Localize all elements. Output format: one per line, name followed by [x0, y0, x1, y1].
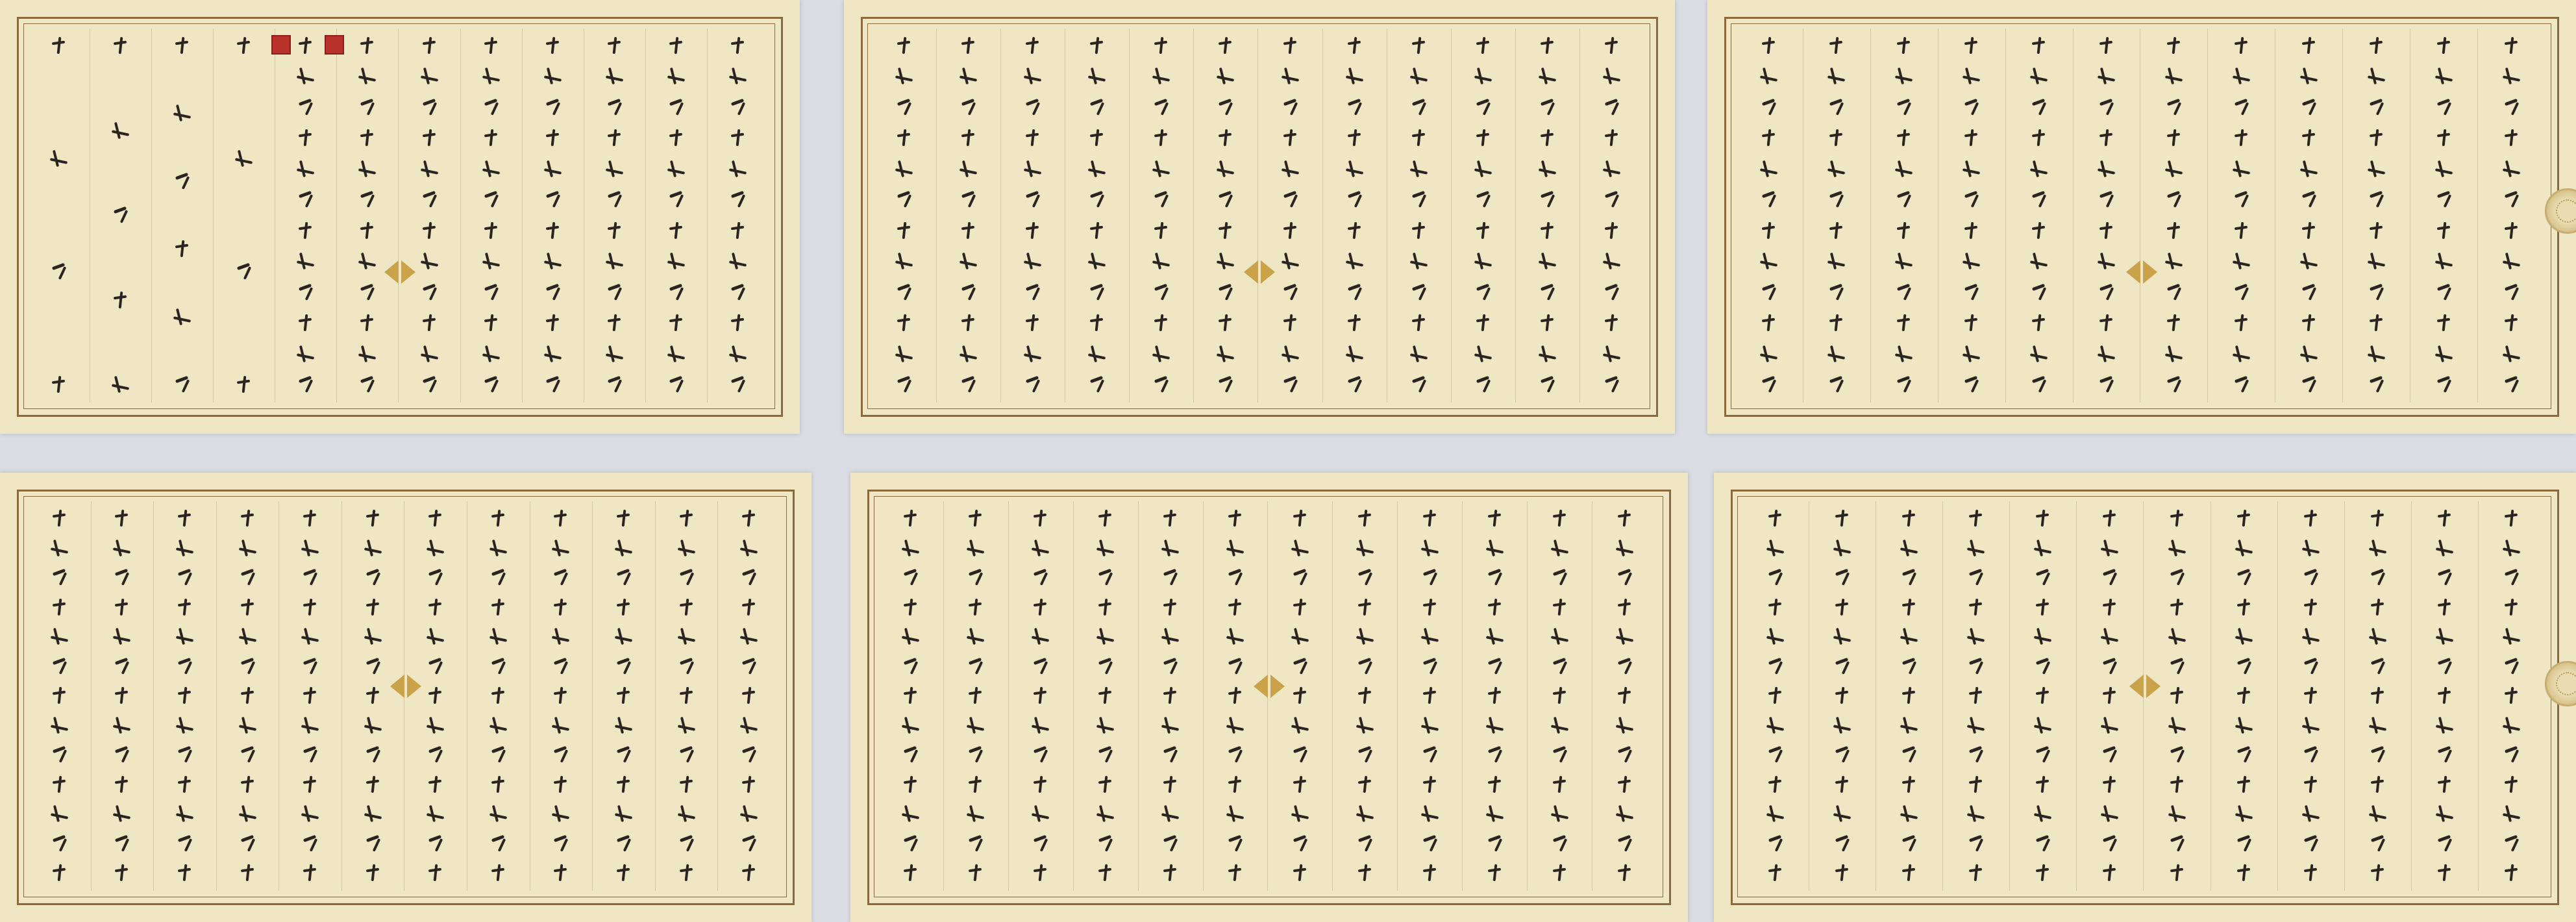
calligraphy-character: [2434, 833, 2456, 855]
red-seal-stamp: [271, 35, 291, 55]
calligraphy-column: [1193, 29, 1257, 403]
calligraphy-character: [965, 626, 987, 648]
calligraphy-character: [900, 567, 922, 589]
calligraphy-character: [1537, 127, 1559, 149]
calligraphy-character: [425, 508, 447, 530]
calligraphy-character: [1549, 803, 1571, 825]
calligraphy-character: [111, 774, 133, 796]
calligraphy-character: [1537, 220, 1559, 242]
calligraphy-character: [613, 715, 635, 737]
calligraphy-character: [1086, 251, 1108, 273]
calligraphy-character: [419, 282, 441, 304]
calligraphy-character: [1549, 508, 1571, 530]
calligraphy-character: [1549, 833, 1571, 855]
calligraphy-character: [1408, 312, 1430, 334]
calligraphy-character: [550, 597, 572, 619]
calligraphy-character: [1419, 862, 1441, 884]
calligraphy-character: [111, 685, 133, 707]
calligraphy-character: [2501, 567, 2523, 589]
calligraphy-column: [1008, 501, 1073, 891]
calligraphy-character: [1537, 35, 1559, 57]
fold-marker-icon: [1261, 260, 1275, 284]
calligraphy-character: [425, 656, 447, 678]
calligraphy-character: [1831, 567, 1853, 589]
calligraphy-character: [1614, 803, 1636, 825]
calligraphy-character: [2231, 282, 2253, 304]
calligraphy-character: [1086, 374, 1108, 396]
calligraphy-column: [522, 29, 584, 403]
calligraphy-character: [419, 189, 441, 211]
calligraphy-character: [2028, 158, 2050, 181]
calligraphy-character: [299, 774, 321, 796]
calligraphy-character: [171, 306, 193, 329]
calligraphy-character: [1893, 158, 1915, 181]
calligraphy-character: [1549, 626, 1571, 648]
calligraphy-character: [1354, 656, 1376, 678]
calligraphy-character: [1601, 158, 1623, 181]
calligraphy-character: [1484, 803, 1506, 825]
calligraphy-character: [49, 567, 71, 589]
calligraphy-character: [1289, 656, 1311, 678]
calligraphy-column: [1462, 501, 1527, 891]
calligraphy-column: [1065, 29, 1129, 403]
calligraphy-column: [530, 501, 593, 891]
calligraphy-character: [1344, 220, 1366, 242]
calligraphy-character: [1898, 774, 1920, 796]
calligraphy-character: [958, 251, 980, 273]
calligraphy-character: [1961, 97, 1983, 119]
calligraphy-character: [2233, 715, 2255, 737]
calligraphy-column: [717, 501, 780, 891]
calligraphy-character: [419, 158, 441, 181]
calligraphy-character: [1893, 251, 1915, 273]
calligraphy-character: [1614, 685, 1636, 707]
calligraphy-character: [1831, 685, 1853, 707]
calligraphy-character: [425, 833, 447, 855]
calligraphy-character: [1289, 597, 1311, 619]
calligraphy-character: [2298, 97, 2320, 119]
calligraphy-character: [1419, 715, 1441, 737]
calligraphy-character: [550, 833, 572, 855]
calligraphy-character: [49, 685, 71, 707]
calligraphy-character: [1601, 282, 1623, 304]
calligraphy-column: [2477, 29, 2545, 403]
calligraphy-character: [419, 35, 441, 57]
calligraphy-character: [2231, 158, 2253, 181]
calligraphy-character: [1215, 251, 1237, 273]
calligraphy-character: [488, 538, 510, 560]
calligraphy-character: [965, 803, 987, 825]
calligraphy-character: [425, 715, 447, 737]
calligraphy-character: [1150, 312, 1172, 334]
calligraphy-character: [233, 261, 255, 283]
calligraphy-character: [174, 656, 196, 678]
calligraphy-character: [295, 35, 317, 57]
calligraphy-character: [299, 744, 321, 766]
calligraphy-character: [2300, 626, 2322, 648]
calligraphy-character: [727, 312, 749, 334]
calligraphy-character: [2099, 626, 2121, 648]
calligraphy-character: [1601, 220, 1623, 242]
calligraphy-character: [1086, 312, 1108, 334]
calligraphy-character: [900, 833, 922, 855]
calligraphy-character: [1280, 282, 1302, 304]
calligraphy-character: [2367, 715, 2389, 737]
calligraphy-character: [2028, 282, 2050, 304]
calligraphy-character: [1765, 597, 1787, 619]
calligraphy-character: [1758, 127, 1780, 149]
calligraphy-column: [2344, 501, 2411, 891]
calligraphy-character: [174, 862, 196, 884]
calligraphy-character: [550, 538, 572, 560]
calligraphy-character: [2366, 312, 2388, 334]
calligraphy-character: [1344, 282, 1366, 304]
calligraphy-character: [2300, 862, 2322, 884]
calligraphy-character: [2028, 35, 2050, 57]
text-columns: [1742, 501, 2545, 891]
calligraphy-character: [958, 97, 980, 119]
calligraphy-character: [2032, 656, 2054, 678]
calligraphy-column: [1332, 501, 1397, 891]
calligraphy-character: [1484, 567, 1506, 589]
calligraphy-character: [613, 626, 635, 648]
calligraphy-character: [1831, 656, 1853, 678]
calligraphy-character: [362, 715, 384, 737]
calligraphy-character: [174, 538, 196, 560]
calligraphy-character: [1472, 220, 1494, 242]
calligraphy-character: [2231, 189, 2253, 211]
calligraphy-character: [2233, 774, 2255, 796]
calligraphy-character: [1408, 35, 1430, 57]
text-columns: [29, 501, 780, 891]
calligraphy-character: [2434, 744, 2456, 766]
calligraphy-character: [738, 833, 760, 855]
calligraphy-character: [2434, 774, 2456, 796]
calligraphy-character: [1408, 251, 1430, 273]
calligraphy-column: [655, 501, 718, 891]
calligraphy-character: [174, 744, 196, 766]
calligraphy-character: [419, 343, 441, 366]
calligraphy-character: [1344, 374, 1366, 396]
calligraphy-character: [1224, 538, 1246, 560]
text-columns: [879, 501, 1657, 891]
calligraphy-character: [1419, 803, 1441, 825]
calligraphy-character: [613, 508, 635, 530]
calligraphy-character: [1419, 833, 1441, 855]
calligraphy-character: [2096, 127, 2118, 149]
calligraphy-character: [550, 715, 572, 737]
calligraphy-character: [488, 715, 510, 737]
calligraphy-character: [356, 343, 378, 366]
calligraphy-character: [237, 803, 259, 825]
calligraphy-character: [2433, 127, 2455, 149]
calligraphy-character: [1280, 189, 1302, 211]
calligraphy-character: [1472, 251, 1494, 273]
calligraphy-character: [1095, 508, 1117, 530]
calligraphy-character: [1159, 656, 1182, 678]
calligraphy-character: [362, 538, 384, 560]
calligraphy-character: [174, 833, 196, 855]
calligraphy-character: [2367, 833, 2389, 855]
calligraphy-character: [2433, 343, 2455, 366]
calligraphy-character: [295, 374, 317, 396]
calligraphy-character: [1354, 803, 1376, 825]
calligraphy-character: [2096, 220, 2118, 242]
calligraphy-character: [356, 158, 378, 181]
calligraphy-character: [488, 508, 510, 530]
calligraphy-character: [1095, 685, 1117, 707]
calligraphy-character: [1095, 803, 1117, 825]
calligraphy-character: [1601, 374, 1623, 396]
calligraphy-character: [2028, 251, 2050, 273]
calligraphy-character: [1537, 374, 1559, 396]
calligraphy-character: [2434, 508, 2456, 530]
calligraphy-character: [171, 103, 193, 125]
calligraphy-character: [965, 538, 987, 560]
calligraphy-character: [49, 715, 71, 737]
calligraphy-character: [2099, 862, 2121, 884]
calligraphy-character: [49, 803, 71, 825]
calligraphy-character: [2099, 744, 2121, 766]
calligraphy-character: [1765, 774, 1787, 796]
calligraphy-character: [299, 803, 321, 825]
calligraphy-character: [965, 862, 987, 884]
calligraphy-character: [488, 744, 510, 766]
calligraphy-character: [2501, 774, 2523, 796]
calligraphy-character: [1086, 66, 1108, 88]
calligraphy-character: [299, 862, 321, 884]
calligraphy-character: [2233, 656, 2255, 678]
calligraphy-column: [2073, 29, 2140, 403]
calligraphy-character: [1354, 597, 1376, 619]
calligraphy-character: [2231, 343, 2253, 366]
calligraphy-character: [1484, 597, 1506, 619]
calligraphy-character: [425, 597, 447, 619]
calligraphy-character: [480, 189, 502, 211]
calligraphy-character: [295, 189, 317, 211]
calligraphy-character: [1215, 97, 1237, 119]
calligraphy-character: [2298, 158, 2320, 181]
calligraphy-character: [488, 567, 510, 589]
calligraphy-character: [1280, 158, 1302, 181]
calligraphy-character: [2166, 567, 2188, 589]
calligraphy-character: [1095, 626, 1117, 648]
calligraphy-character: [542, 127, 564, 149]
calligraphy-character: [550, 774, 572, 796]
calligraphy-character: [2501, 744, 2523, 766]
calligraphy-character: [676, 538, 698, 560]
calligraphy-character: [2501, 220, 2523, 242]
calligraphy-column: [275, 29, 336, 403]
calligraphy-character: [1280, 66, 1302, 88]
calligraphy-character: [550, 862, 572, 884]
calligraphy-character: [1289, 626, 1311, 648]
calligraphy-character: [111, 744, 133, 766]
calligraphy-character: [2434, 538, 2456, 560]
calligraphy-character: [49, 744, 71, 766]
calligraphy-character: [2096, 189, 2118, 211]
calligraphy-character: [676, 803, 698, 825]
calligraphy-character: [1030, 862, 1052, 884]
calligraphy-character: [1344, 343, 1366, 366]
calligraphy-character: [237, 862, 259, 884]
calligraphy-character: [488, 833, 510, 855]
calligraphy-character: [1150, 66, 1172, 88]
calligraphy-character: [1765, 626, 1787, 648]
calligraphy-column: [1322, 29, 1387, 403]
calligraphy-character: [900, 803, 922, 825]
calligraphy-character: [738, 656, 760, 678]
calligraphy-character: [1898, 744, 1920, 766]
calligraphy-character: [2434, 597, 2456, 619]
calligraphy-character: [965, 656, 987, 678]
calligraphy-character: [2166, 774, 2188, 796]
calligraphy-column: [1579, 29, 1644, 403]
calligraphy-character: [1159, 803, 1182, 825]
calligraphy-character: [488, 862, 510, 884]
calligraphy-character: [237, 685, 259, 707]
calligraphy-character: [665, 220, 687, 242]
fold-marker-icon: [1254, 675, 1268, 698]
calligraphy-character: [2233, 567, 2255, 589]
calligraphy-character: [1614, 862, 1636, 884]
calligraphy-character: [1765, 656, 1787, 678]
calligraphy-character: [727, 343, 749, 366]
calligraphy-character: [1354, 715, 1376, 737]
calligraphy-character: [613, 774, 635, 796]
calligraphy-character: [613, 803, 635, 825]
calligraphy-character: [2099, 803, 2121, 825]
calligraphy-character: [893, 97, 915, 119]
calligraphy-character: [1280, 374, 1302, 396]
calligraphy-character: [738, 685, 760, 707]
calligraphy-column: [1451, 29, 1515, 403]
calligraphy-character: [425, 744, 447, 766]
calligraphy-character: [604, 97, 626, 119]
calligraphy-column: [2478, 501, 2545, 891]
calligraphy-character: [480, 251, 502, 273]
calligraphy-character: [1965, 597, 1987, 619]
calligraphy-character: [237, 774, 259, 796]
calligraphy-character: [676, 626, 698, 648]
calligraphy-character: [542, 282, 564, 304]
calligraphy-character: [299, 567, 321, 589]
calligraphy-character: [900, 715, 922, 737]
calligraphy-character: [1826, 66, 1848, 88]
calligraphy-character: [2032, 744, 2054, 766]
fold-marker-icon: [1244, 260, 1258, 284]
calligraphy-column: [1129, 29, 1193, 403]
calligraphy-character: [49, 774, 71, 796]
calligraphy-character: [738, 774, 760, 796]
calligraphy-character: [676, 774, 698, 796]
calligraphy-character: [1159, 508, 1182, 530]
calligraphy-character: [958, 158, 980, 181]
calligraphy-character: [1354, 508, 1376, 530]
calligraphy-character: [2501, 127, 2523, 149]
calligraphy-character: [613, 744, 635, 766]
calligraphy-character: [1289, 685, 1311, 707]
calligraphy-character: [1758, 35, 1780, 57]
calligraphy-character: [1086, 35, 1108, 57]
calligraphy-character: [480, 66, 502, 88]
album-leaf-top-middle: [844, 0, 1675, 434]
calligraphy-character: [2099, 833, 2121, 855]
calligraphy-character: [1095, 656, 1117, 678]
calligraphy-character: [1549, 597, 1571, 619]
calligraphy-character: [738, 538, 760, 560]
calligraphy-character: [2367, 626, 2389, 648]
calligraphy-character: [1419, 685, 1441, 707]
calligraphy-character: [2028, 66, 2050, 88]
calligraphy-character: [900, 626, 922, 648]
calligraphy-character: [542, 158, 564, 181]
calligraphy-character: [676, 656, 698, 678]
calligraphy-character: [2501, 538, 2523, 560]
calligraphy-character: [1826, 343, 1848, 366]
calligraphy-character: [613, 685, 635, 707]
calligraphy-character: [676, 715, 698, 737]
calligraphy-character: [2300, 567, 2322, 589]
calligraphy-character: [2163, 251, 2185, 273]
calligraphy-character: [1280, 312, 1302, 334]
calligraphy-character: [1022, 127, 1044, 149]
calligraphy-character: [2501, 35, 2523, 57]
calligraphy-character: [1549, 715, 1571, 737]
calligraphy-character: [1601, 312, 1623, 334]
calligraphy-character: [356, 220, 378, 242]
calligraphy-character: [1289, 567, 1311, 589]
calligraphy-character: [2032, 538, 2054, 560]
calligraphy-character: [2366, 158, 2388, 181]
calligraphy-character: [480, 97, 502, 119]
calligraphy-character: [1150, 97, 1172, 119]
calligraphy-column: [1942, 501, 2009, 891]
calligraphy-character: [1961, 374, 1983, 396]
calligraphy-character: [48, 261, 70, 283]
calligraphy-character: [958, 343, 980, 366]
calligraphy-character: [237, 597, 259, 619]
calligraphy-character: [2501, 862, 2523, 884]
calligraphy-character: [1537, 158, 1559, 181]
calligraphy-character: [1614, 567, 1636, 589]
calligraphy-character: [1537, 189, 1559, 211]
calligraphy-character: [1549, 862, 1571, 884]
calligraphy-character: [2366, 374, 2388, 396]
calligraphy-character: [2298, 127, 2320, 149]
calligraphy-character: [2501, 343, 2523, 366]
calligraphy-character: [110, 290, 132, 312]
calligraphy-character: [1614, 508, 1636, 530]
calligraphy-character: [1224, 833, 1246, 855]
calligraphy-character: [488, 774, 510, 796]
calligraphy-character: [1549, 656, 1571, 678]
calligraphy-character: [2433, 282, 2455, 304]
calligraphy-character: [1826, 374, 1848, 396]
calligraphy-character: [2233, 862, 2255, 884]
calligraphy-character: [2501, 66, 2523, 88]
calligraphy-character: [1765, 862, 1787, 884]
calligraphy-character: [1159, 715, 1182, 737]
calligraphy-character: [419, 220, 441, 242]
calligraphy-character: [2501, 282, 2523, 304]
calligraphy-character: [2096, 343, 2118, 366]
calligraphy-character: [2501, 508, 2523, 530]
calligraphy-character: [2433, 251, 2455, 273]
calligraphy-character: [2501, 251, 2523, 273]
calligraphy-character: [1030, 744, 1052, 766]
calligraphy-character: [2032, 774, 2054, 796]
